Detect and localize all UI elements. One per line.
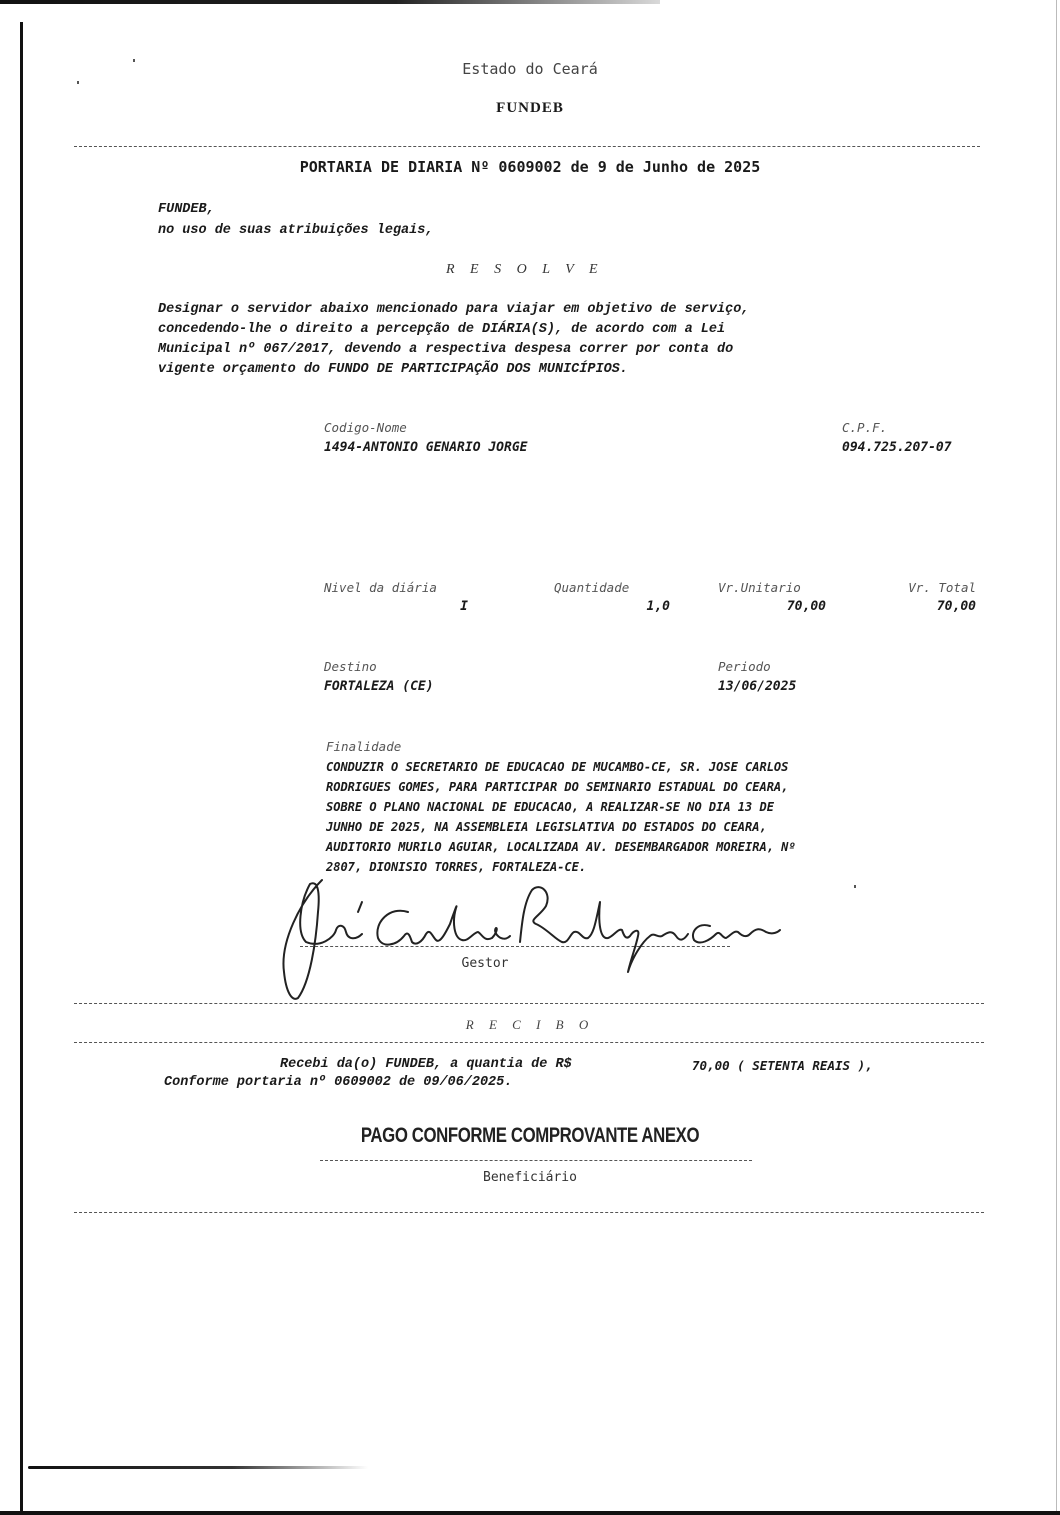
divider <box>74 1042 984 1043</box>
destino-value: FORTALEZA (CE) <box>324 679 434 694</box>
divider <box>74 1212 984 1213</box>
intro-text: no uso de suas atribuições legais, <box>158 223 433 238</box>
divider <box>74 146 980 147</box>
cpf-label: C.P.F. <box>842 420 887 435</box>
resolution-paragraph: Designar o servidor abaixo mencionado pa… <box>158 300 878 380</box>
quantidade-label: Quantidade <box>554 580 629 595</box>
finalidade-line: RODRIGUES GOMES, PARA PARTICIPAR DO SEMI… <box>326 777 986 797</box>
paragraph-line: Municipal nº 067/2017, devendo a respect… <box>158 340 878 360</box>
beneficiary-label: Beneficiário <box>280 1170 780 1185</box>
paragraph-line: vigente orçamento do FUNDO DE PARTICIPAÇ… <box>158 360 878 380</box>
beneficiary-signature-line <box>320 1160 752 1161</box>
total-label: Vr. Total <box>880 580 976 595</box>
paragraph-line: concedendo-lhe o direito a percepção de … <box>158 320 878 340</box>
cpf-value: 094.725.207-07 <box>842 440 952 455</box>
handwritten-signature <box>270 862 790 1010</box>
scan-border-left <box>20 22 23 1515</box>
total-value: 70,00 <box>880 599 976 614</box>
organization-name: FUNDEB <box>0 100 1060 117</box>
recibo-line2: Conforme portaria nº 0609002 de 09/06/20… <box>164 1075 512 1090</box>
recibo-amount: 70,00 ( SETENTA REAIS ), <box>692 1058 873 1073</box>
scan-stroke-mark <box>28 1466 368 1469</box>
scan-border-right <box>1056 0 1057 1515</box>
periodo-label: Periodo <box>718 659 771 674</box>
codigo-nome-label: Codigo-Nome <box>324 420 407 435</box>
state-name: Estado do Ceará <box>0 60 1060 78</box>
divider <box>74 1003 984 1004</box>
recibo-line1-prefix: Recebi da(o) FUNDEB, a quantia de R$ <box>280 1057 572 1072</box>
finalidade-line: SOBRE O PLANO NACIONAL DE EDUCACAO, A RE… <box>326 797 986 817</box>
finalidade-line: AUDITORIO MURILO AGUIAR, LOCALIZADA AV. … <box>326 837 986 857</box>
paragraph-line: Designar o servidor abaixo mencionado pa… <box>158 300 878 320</box>
scan-border-bottom <box>0 1511 1060 1515</box>
unitario-label: Vr.Unitario <box>718 580 801 595</box>
signer-role: Gestor <box>440 956 530 971</box>
scan-speck <box>854 885 856 888</box>
recibo-heading: R E C I B O <box>0 1017 1060 1033</box>
finalidade-line: CONDUZIR O SECRETARIO DE EDUCACAO DE MUC… <box>326 757 986 777</box>
document-title: PORTARIA DE DIARIA Nº 0609002 de 9 de Ju… <box>0 158 1060 176</box>
quantidade-value: 1,0 <box>554 599 670 614</box>
intro-org: FUNDEB, <box>158 202 215 217</box>
destino-label: Destino <box>324 659 377 674</box>
scan-border-top <box>0 0 660 4</box>
finalidade-label: Finalidade <box>326 739 401 754</box>
finalidade-text: CONDUZIR O SECRETARIO DE EDUCACAO DE MUC… <box>326 757 986 877</box>
nivel-label: Nivel da diária <box>324 580 437 595</box>
resolve-heading: R E S O L V E <box>446 262 604 278</box>
periodo-value: 13/06/2025 <box>718 679 796 694</box>
codigo-nome-value: 1494-ANTONIO GENARIO JORGE <box>324 440 528 455</box>
unitario-value: 70,00 <box>718 599 826 614</box>
paid-stamp: PAGO CONFORME COMPROVANTE ANEXO <box>330 1124 730 1148</box>
finalidade-line: JUNHO DE 2025, NA ASSEMBLEIA LEGISLATIVA… <box>326 817 986 837</box>
scan-speck <box>77 81 79 84</box>
nivel-value: I <box>324 599 468 614</box>
